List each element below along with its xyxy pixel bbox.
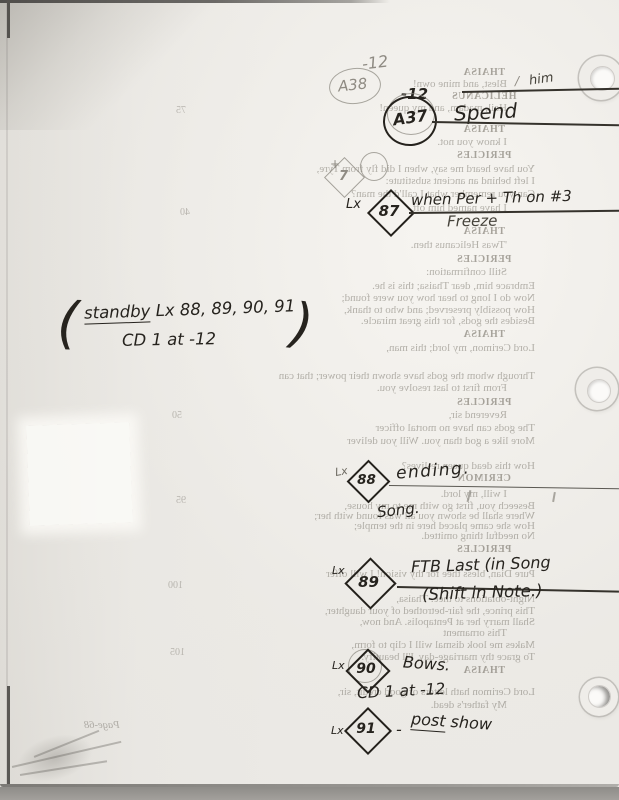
standby-note-line1: standby Lx 88, 89, 90, 91: [84, 296, 296, 322]
ghost-line-number: 105: [170, 647, 185, 658]
tick-mark: /: [515, 74, 519, 88]
cue90-note: Bows.: [402, 652, 450, 674]
cue91-number: 91: [351, 721, 381, 737]
ghost-speaker-name: THAISA: [439, 329, 529, 340]
ghost-script-line: Besides the gods, for this great miracle…: [361, 316, 535, 327]
cue90-subnote: CD 1 at -12: [357, 680, 446, 703]
ghost-script-line: Beseech you, first go with me to my hous…: [344, 501, 535, 512]
ghost-script-line: This prince, the fair-betrothed of your …: [325, 606, 535, 617]
cue90-number: 90: [352, 661, 380, 677]
standby-cue-list: Lx 88, 89, 90, 91: [150, 296, 295, 320]
cue91-lx-label: Lx: [331, 724, 344, 737]
cue88-lx-label: Lx: [334, 464, 349, 479]
cue91-dash: -: [396, 720, 402, 739]
cue87-number: 87: [374, 202, 404, 220]
ghost-script-line: Makes me look dismal will I clip to form…: [351, 640, 535, 651]
ghost-script-line: How she came placed here in the temple;: [354, 521, 535, 532]
ghost-script-line: No needful thing omitted.: [421, 531, 535, 542]
scan-left-edge-faint: [6, 0, 8, 800]
scanner-background-band: [0, 787, 619, 800]
ghost-line-number: 50: [172, 410, 182, 421]
cue89-lx-label: Lx: [332, 564, 345, 577]
him-note: him: [528, 70, 554, 88]
punch-hole-bottom-inner: [588, 685, 611, 708]
scanned-page: THAISABlest, and mine own!HELICANUSHail,…: [0, 0, 619, 800]
ghost-script-line: 'Twas Helicanus then.: [411, 240, 507, 251]
cue91-word-post: post: [410, 709, 446, 732]
ghost-script-line: Embrace him, dear Thaisa; this is he.: [372, 281, 535, 292]
ghost-script-line: Reverend sir,: [449, 410, 507, 421]
a38-cue-label: A38: [337, 75, 368, 96]
ghost-script-line: Now do I long to hear how you were found…: [342, 293, 535, 304]
ghost-line-number: 75: [176, 105, 186, 116]
ghost-line-number: 95: [176, 495, 186, 506]
cue91-word-show: show: [445, 712, 493, 734]
cue87-lx-label: Lx: [346, 197, 361, 212]
standby-word: standby: [84, 301, 151, 324]
cue88-rule: [389, 485, 619, 490]
cue90-lx-label: Lx: [332, 659, 345, 672]
ghost-speaker-name: THAISA: [439, 665, 529, 676]
punch-hole-middle-inner: [587, 379, 611, 403]
ghost-script-line: Where shall be shown you all was found w…: [314, 511, 535, 522]
ghost-script-line: The gods can have no mortal officer: [376, 423, 535, 434]
ghost-speaker-name: PERICLES: [439, 150, 529, 161]
cue88-note: ending.: [395, 458, 470, 483]
cue91-note: post show: [410, 709, 492, 734]
cue88-subnote: Song.: [376, 499, 420, 521]
ghost-script-line: My father's dead.: [431, 700, 507, 711]
cue89-number: 89: [352, 573, 385, 591]
ghost-speaker-name: PERICLES: [439, 254, 529, 265]
ghost-script-line: I left behind an ancient substitute:: [386, 176, 535, 187]
cue89-subnote: (Shift in Note.): [422, 581, 543, 604]
ghost-page-number: Page-68: [84, 720, 120, 731]
ghost-line-number: 100: [168, 580, 183, 591]
ghost-speaker-name: PERICLES: [439, 397, 529, 408]
stray-mark: [552, 492, 555, 502]
white-patch: [26, 422, 132, 526]
cue87-pencil-circle: [360, 152, 388, 181]
cue87-note-line1: when Per + Th on #3: [411, 187, 572, 209]
cue88-number: 88: [353, 472, 380, 488]
ghost-script-line: I know you not.: [437, 137, 507, 148]
ghost-script-line: Shall marry her at Pentapolis. And now,: [360, 617, 535, 628]
ghost-script-line: Lord Cerimon, my lord; this man,: [386, 343, 535, 354]
cue89-note: FTB Last (in Song: [411, 553, 551, 577]
cue87-rule: [409, 210, 619, 214]
standby-note-line2: CD 1 at -12: [122, 329, 216, 350]
ghost-script-line: I will, my lord.: [441, 489, 507, 500]
ghost-script-line: From first to last resolve you.: [377, 383, 507, 394]
cue87-pencil-number: 7: [330, 169, 357, 184]
ghost-line-number: 40: [180, 207, 190, 218]
standby-open-paren: (: [56, 291, 80, 357]
ghost-script-line: More like a god than you. Will you deliv…: [347, 436, 535, 447]
ghost-script-line: Through whom the gods have shown their p…: [279, 371, 535, 382]
ghost-script-line: How possibly preserved; and who to thank…: [344, 305, 535, 316]
ghost-script-line: Still confirmation:: [426, 267, 507, 278]
scan-top-edge-line: [0, 0, 390, 3]
ghost-script-line: This ornament: [443, 628, 507, 639]
ghost-speaker-name: THAISA: [439, 124, 529, 135]
stray-mark: [467, 490, 471, 502]
cue87-note-line2: Freeze: [447, 212, 498, 231]
